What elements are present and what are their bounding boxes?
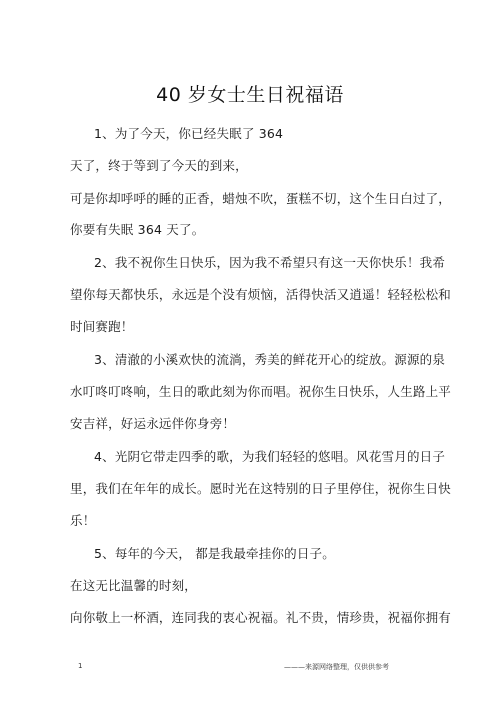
text-line: 5、每年的今天， 都是我最牵挂你的日子。 (94, 544, 335, 562)
text-line: 你要有失眠 364 天了。 (70, 220, 204, 238)
source-note: ———来源网络整理，仅供供参考 (284, 662, 389, 672)
text-line: 里，我们在年年的成长。愿时光在这特别的日子里停住，祝你生日快 (70, 479, 451, 497)
text-line: 安吉祥，好运永远伴你身旁！ (70, 414, 235, 432)
text-line: 天了，终于等到了今天的到来， (70, 156, 248, 174)
text-line: 1、为了今天，你已经失眠了 364 (94, 124, 283, 142)
text-line: 3、清澈的小溪欢快的流淌，秀美的鲜花开心的绽放。源源的泉 (94, 350, 445, 368)
text-line: 水叮咚叮咚响，生日的歌此刻为你而唱。祝你生日快乐，人生路上平 (70, 382, 451, 400)
page-title: 40 岁女士生日祝福语 (0, 80, 500, 107)
text-line: 在这无比温馨的时刻， (70, 576, 197, 594)
text-line: 向你敬上一杯酒，连同我的衷心祝福。礼不贵，情珍贵，祝福你拥有 (70, 608, 451, 626)
text-line: 时间赛跑！ (70, 317, 134, 335)
text-line: 乐！ (70, 511, 95, 529)
text-line: 可是你却呼呼的睡的正香，蜡烛不吹，蛋糕不切，这个生日白过了， (70, 189, 451, 207)
text-line: 4、光阴它带走四季的歌，为我们轻轻的悠唱。风花雪月的日子 (94, 447, 445, 465)
text-line: 望你每天都快乐，永远是个没有烦恼，活得快活又逍遥！轻轻松松和 (70, 285, 451, 303)
page-number: 1 (78, 662, 82, 670)
text-line: 2、我不祝你生日快乐，因为我不希望只有这一天你快乐！我希 (94, 253, 445, 271)
